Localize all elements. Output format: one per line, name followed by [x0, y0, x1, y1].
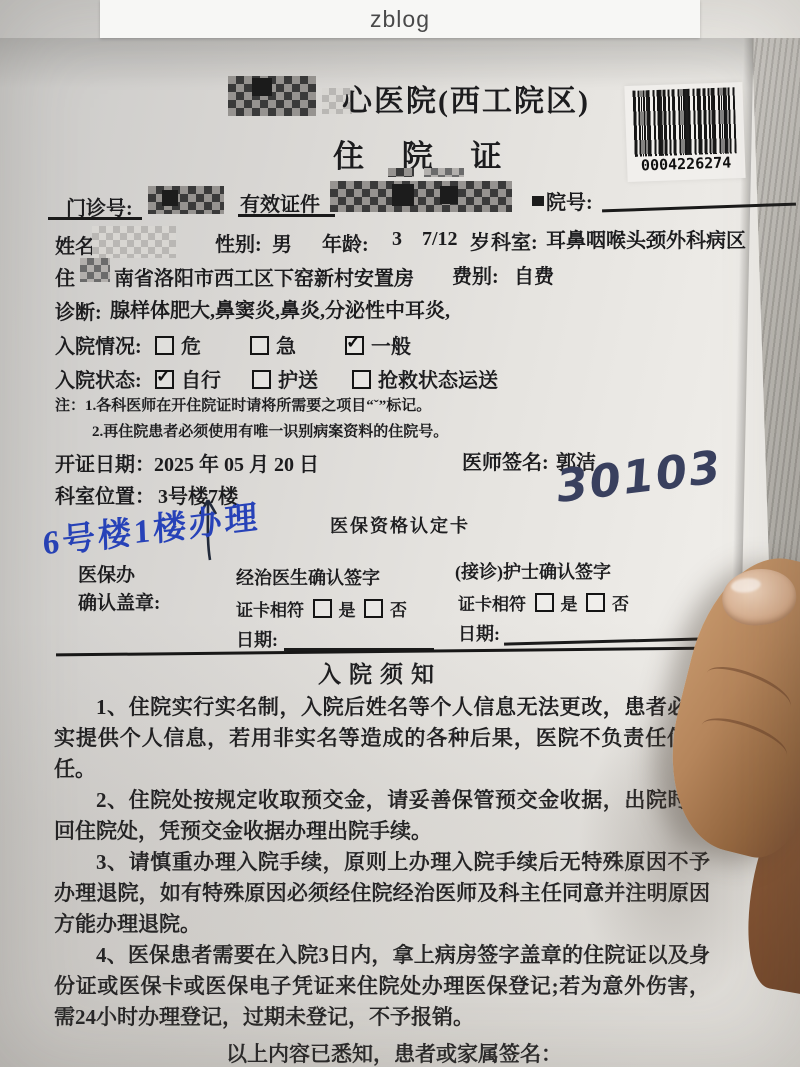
thumb-crease [701, 658, 797, 722]
notice-paragraph-1: 1、住院实行实名制，入院后姓名等个人信息无法更改，患者必如实提供个人信息，若用非… [54, 692, 710, 785]
no-label: 否 [612, 595, 629, 614]
doctor-card-match-row: 证卡相符 是 否 [236, 596, 407, 621]
admission-state-option-self: 自行 [155, 364, 221, 393]
checkbox-doctor-yes [313, 599, 332, 618]
dept-label: 科室: [491, 226, 538, 255]
checkbox-nurse-yes [535, 593, 554, 612]
checkbox-rescue [352, 370, 371, 389]
notice-paragraph-3: 3、请慎重办理入院手续，原则上办理入院手续后无特殊原因不予办理退院，如有特殊原因… [54, 847, 710, 940]
checkbox-escort [252, 370, 271, 389]
fee-label: 费别: [452, 260, 499, 289]
diagnosis-value: 腺样体肥大,鼻窦炎,鼻炎,分泌性中耳炎, [110, 294, 450, 323]
admission-state-option-escort: 护送 [252, 364, 318, 393]
gender-label: 性别: [215, 228, 262, 257]
signature-line: 以上内容已悉知，患者或家属签名： [54, 1038, 710, 1067]
nurse-date-underline [504, 637, 704, 645]
option-label: 一般 [371, 336, 411, 358]
redaction-block [252, 78, 272, 96]
hospital-name: 心医院(西工院区) [342, 76, 590, 120]
admission-state-label: 入院状态: [55, 364, 142, 393]
checkbox-self [155, 370, 174, 389]
age-label: 年龄: [322, 228, 369, 257]
checkbox-nurse-no [586, 593, 605, 612]
checkbox-doctor-no [364, 599, 383, 618]
redaction-block [392, 184, 414, 206]
admission-form-photo: zblog 心医院(西工院区) 住 院 证 0004226274 门诊号: 有效… [0, 0, 800, 1067]
admission-condition-option-general: 一般 [345, 330, 411, 359]
doctor-date-label: 日期: [236, 626, 278, 652]
barcode: 0004226274 [624, 82, 745, 182]
address-label: 住 [55, 262, 75, 291]
option-label: 自行 [181, 370, 221, 392]
admission-condition-option-danger: 危 [155, 330, 201, 359]
redaction-mosaic-outpatient-no [148, 186, 224, 214]
checkbox-danger [155, 336, 174, 355]
admission-condition-option-urgent: 急 [250, 330, 296, 359]
site-header: zblog [100, 0, 700, 38]
admission-state-option-rescue: 抢救状态运送 [352, 364, 498, 393]
notice-paragraph-4: 4、医保患者需要在入院3日内，拿上病房签字盖章的住院证以及身份证或医保卡或医保电… [54, 940, 710, 1033]
match-label: 证卡相符 [458, 595, 526, 614]
issue-date-value: 2025 年 05 月 20 日 [154, 448, 319, 477]
site-title: zblog [370, 6, 430, 33]
redaction-mosaic-hospital [228, 76, 316, 116]
valid-id-underline [238, 214, 335, 217]
option-label: 危 [181, 336, 201, 358]
name-label: 姓名 [55, 230, 95, 259]
dept-value: 耳鼻咽喉头颈外科病区 [546, 224, 746, 253]
redaction-mosaic-address [80, 258, 110, 282]
notice-body: 1、住院实行实名制，入院后姓名等个人信息无法更改，患者必如实提供个人信息，若用非… [54, 692, 710, 1067]
option-label: 急 [276, 336, 296, 358]
redaction-mosaic-name [92, 226, 176, 258]
inpatient-no-label: 院号: [546, 186, 593, 215]
admission-condition-label: 入院情况: [55, 330, 142, 359]
notice-title: 入院须知 [0, 656, 760, 689]
doctor-sign-label: 医师签名: [462, 446, 549, 475]
match-label: 证卡相符 [236, 601, 304, 620]
no-label: 否 [390, 601, 407, 620]
thumb-crease [696, 709, 792, 771]
nurse-confirm-sign-label: (接诊)护士确认签字 [455, 558, 611, 584]
redaction-mosaic-title-2 [424, 168, 464, 177]
redaction-mosaic-title-1 [388, 168, 414, 177]
yes-label: 是 [561, 595, 578, 614]
barcode-bars [633, 87, 737, 157]
option-label: 抢救状态运送 [378, 370, 498, 392]
redaction-mosaic-valid-id [330, 181, 512, 212]
age-fraction: 7/12 [422, 228, 458, 251]
valid-id-label: 有效证件 [240, 188, 320, 217]
nurse-date-label: 日期: [458, 620, 500, 646]
outpatient-no-underline [48, 217, 142, 220]
address-value: 南省洛阳市西工区下窑新村安置房 [114, 262, 414, 291]
nurse-card-match-row: 证卡相符 是 否 [458, 590, 629, 615]
redaction-block [162, 190, 178, 206]
note-line-2: 2.再住院患者必须使用有唯一识别病案资料的住院号。 [92, 420, 448, 441]
age-unit: 岁 [470, 226, 490, 255]
redaction-block [440, 186, 458, 204]
notice-paragraph-2: 2、住院处按规定收取预交金，请妥善保管预交金收据，出院时交回住院处，凭预交金收据… [54, 785, 710, 847]
insurance-office-label: 医保办 [78, 560, 135, 587]
fee-value: 自费 [514, 260, 554, 289]
note-line-1: 注：1.各科医师在开住院证时请将所需要之项目“ˇ”标记。 [55, 394, 431, 415]
insurance-office-stamp-label: 确认盖章: [78, 588, 160, 615]
barcode-number: 0004226274 [627, 153, 746, 175]
diagnosis-label: 诊断: [55, 296, 102, 325]
issue-date-label: 开证日期： [55, 448, 155, 477]
age-value: 3 [392, 228, 402, 251]
gender-value: 男 [272, 228, 292, 257]
option-label: 护送 [278, 370, 318, 392]
checkbox-general [345, 336, 364, 355]
checkbox-urgent [250, 336, 269, 355]
yes-label: 是 [339, 601, 356, 620]
doctor-confirm-sign-label: 经治医生确认签字 [236, 564, 380, 590]
thumbnail-nail [719, 565, 798, 628]
redaction-block [532, 196, 544, 206]
